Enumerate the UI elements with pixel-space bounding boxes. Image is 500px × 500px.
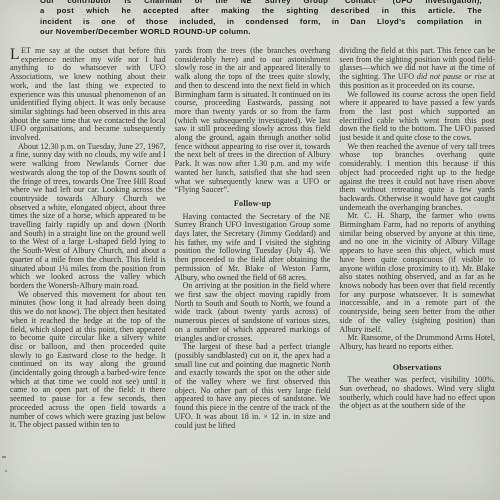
editorial-note: Our contributor is Chairman of the NE Su… — [40, 0, 482, 38]
paragraph: We then reached the avenue of very tall … — [339, 143, 495, 213]
paragraph: dividing the field at this part. This fe… — [339, 47, 495, 91]
paragraph: About 12.30 p.m. on Tuesday, June 27, 19… — [10, 143, 166, 291]
paragraph: We followed its course across the open f… — [339, 91, 495, 143]
editorial-note-line: our November/December WORLD ROUND-UP col… — [40, 27, 482, 37]
paragraph: Mr. Ransome, of the Drummond Arms Hotel,… — [339, 334, 495, 351]
article-body: LET me say at the outset that before thi… — [10, 47, 495, 500]
scanned-article-page: Our contributor is Chairman of the NE Su… — [0, 0, 500, 500]
paragraph: The weather was perfect, visibility 100%… — [339, 376, 495, 411]
article-column-middle: yards from the trees (the branches overh… — [175, 47, 331, 500]
paragraph: yards from the trees (the branches overh… — [175, 47, 331, 195]
drop-cap: L — [10, 48, 21, 62]
editorial-note-line: a post which he accepted after making th… — [40, 6, 482, 16]
italic-phrase: did not pause or rise — [417, 72, 487, 81]
paragraph: Mr. C. H. Sharp, the farmer who owns Bir… — [339, 212, 495, 334]
article-column-left: LET me say at the outset that before thi… — [10, 47, 166, 500]
editorial-note-line: incident is one of those included, in co… — [40, 17, 482, 27]
scan-artifact-mark — [2, 456, 6, 458]
subheading-observations: Observations — [339, 364, 495, 373]
subheading-follow-up: Follow-up — [175, 200, 331, 209]
paragraph: LET me say at the outset that before thi… — [10, 47, 166, 143]
scan-artifact-mark — [5, 470, 7, 472]
paragraph: The largest of these had a perfect trian… — [175, 343, 331, 430]
paragraph: Having contacted the Secretary of the NE… — [175, 213, 331, 283]
paragraph: We observed this movement for about ten … — [10, 291, 166, 430]
paragraph-text: ET me say at the outset that before this… — [10, 47, 166, 142]
paragraph: On arriving at the position in the field… — [175, 282, 331, 343]
article-column-right: dividing the field at this part. This fe… — [339, 47, 495, 500]
